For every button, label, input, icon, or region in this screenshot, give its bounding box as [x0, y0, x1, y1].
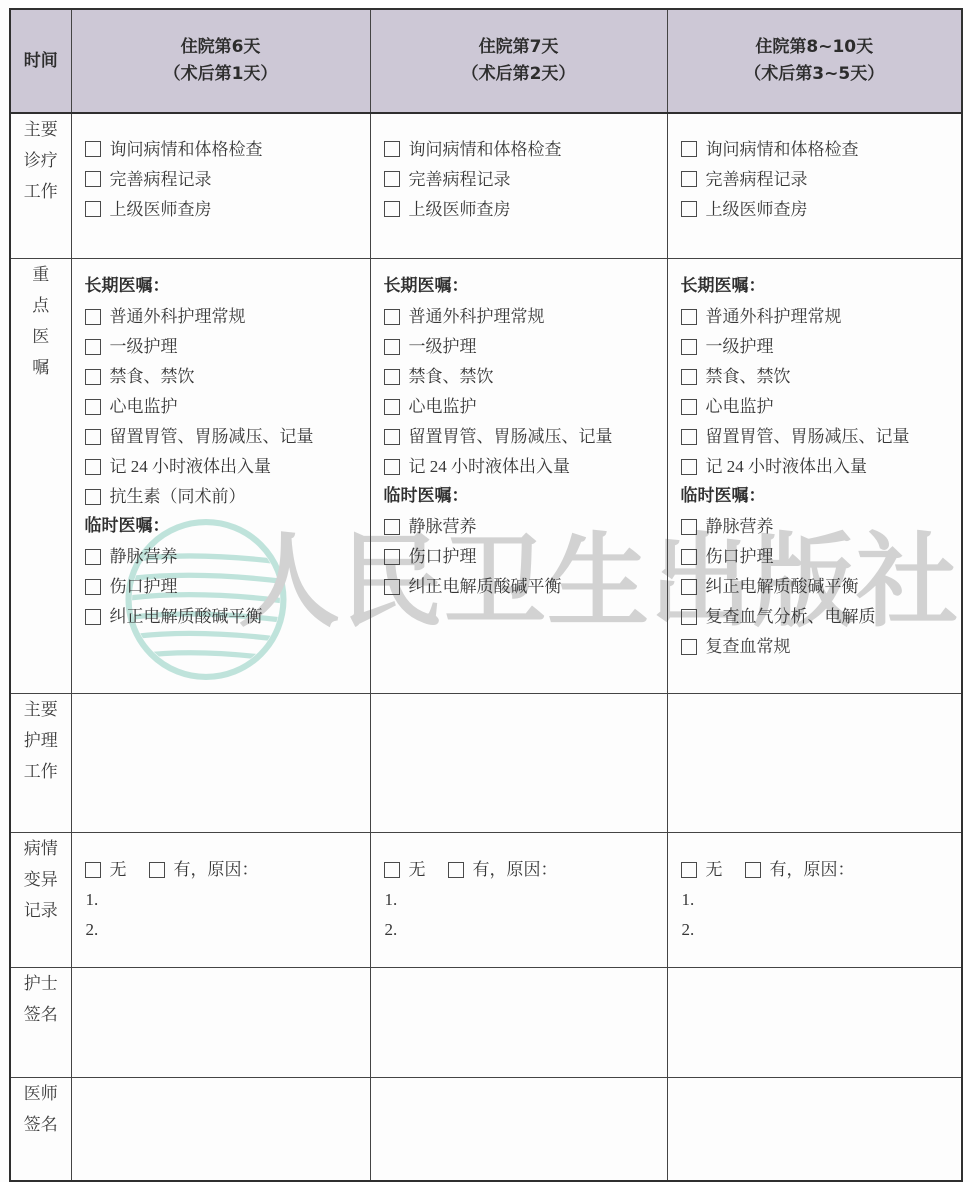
checklist-item-label: 上级医师查房 — [110, 199, 212, 220]
order-section-heading: 临时医嘱： — [85, 512, 360, 542]
checkbox-icon — [681, 862, 697, 878]
doctor-signature-day-col2-cell — [370, 1077, 667, 1181]
row-label-key-orders: 重点医嘱 — [10, 258, 71, 693]
checkbox-icon — [85, 609, 101, 625]
row-label-line: 主要 — [15, 694, 67, 725]
checkbox-icon — [681, 339, 697, 355]
header-day8-10-line1: 住院第8~10天 — [669, 34, 961, 61]
checklist-item: 心电监护 — [85, 392, 360, 422]
key-orders-day-col2-cell: 长期医嘱：普通外科护理常规一级护理禁食、禁饮心电监护留置胃管、胃肠减压、记量记 … — [370, 258, 667, 693]
checklist-item-label: 留置胃管、胃肠减压、记量 — [409, 426, 613, 447]
checkbox-icon — [85, 579, 101, 595]
nurse-signature-day-col1-cell — [71, 967, 370, 1077]
checkbox-icon — [384, 171, 400, 187]
order-section-heading: 长期医嘱： — [85, 272, 360, 302]
header-day6-line1: 住院第6天 — [73, 34, 369, 61]
checklist-item: 完善病程记录 — [384, 164, 657, 194]
checklist-item: 禁食、禁饮 — [85, 362, 360, 392]
checklist-item-label: 完善病程记录 — [706, 169, 808, 190]
checklist-item: 伤口护理 — [85, 572, 360, 602]
row-label-line: 医师 — [15, 1078, 67, 1109]
doctor-signature-day-col3-cell — [667, 1077, 962, 1181]
nursing-work-day-col3-cell — [667, 693, 962, 832]
checklist-item-label: 禁食、禁饮 — [110, 366, 195, 387]
table-header-row: 时间 住院第6天 （术后第1天） 住院第7天 （术后第2天） 住院第8~10天 … — [10, 9, 962, 113]
checklist-item: 普通外科护理常规 — [85, 302, 360, 332]
checkbox-icon — [681, 171, 697, 187]
checklist-item: 询问病情和体格检查 — [85, 134, 360, 164]
checkbox-icon — [85, 489, 101, 505]
row-label-line: 重 — [15, 259, 67, 290]
variation-record-day-col3-cell: 无有，原因：1.2. — [667, 832, 962, 967]
checklist-item: 询问病情和体格检查 — [384, 134, 657, 164]
checkbox-icon — [85, 309, 101, 325]
table-row-nursing-work: 主要护理工作 — [10, 693, 962, 832]
checkbox-icon — [85, 339, 101, 355]
header-day7-cell: 住院第7天 （术后第2天） — [370, 9, 667, 113]
checklist-item: 上级医师查房 — [384, 194, 657, 224]
nurse-signature-day-col3-cell — [667, 967, 962, 1077]
checklist-item: 伤口护理 — [384, 542, 657, 572]
checklist-item: 伤口护理 — [681, 542, 952, 572]
checkbox-icon — [85, 201, 101, 217]
table-row-variation-record: 病情变异记录无有，原因：1.2.无有，原因：1.2.无有，原因：1.2. — [10, 832, 962, 967]
checklist-item-label: 静脉营养 — [706, 516, 774, 537]
checklist-item: 一级护理 — [384, 332, 657, 362]
key-orders-day-col1-cell: 长期医嘱：普通外科护理常规一级护理禁食、禁饮心电监护留置胃管、胃肠减压、记量记 … — [71, 258, 370, 693]
checklist-item-label: 心电监护 — [409, 396, 477, 417]
header-day8-10-cell: 住院第8~10天 （术后第3~5天） — [667, 9, 962, 113]
checklist-item-label: 禁食、禁饮 — [409, 366, 494, 387]
row-label-nursing-work: 主要护理工作 — [10, 693, 71, 832]
checklist-item-label: 一级护理 — [409, 336, 477, 357]
checklist-item: 普通外科护理常规 — [384, 302, 657, 332]
pathway-rows: 主要诊疗工作询问病情和体格检查完善病程记录上级医师查房询问病情和体格检查完善病程… — [10, 113, 962, 1181]
checkbox-icon — [681, 201, 697, 217]
variation-none-label: 无 — [409, 859, 426, 880]
checkbox-icon — [681, 519, 697, 535]
checklist-item-label: 询问病情和体格检查 — [110, 139, 263, 160]
checklist-item: 上级医师查房 — [681, 194, 952, 224]
numbered-blank-line: 2. — [85, 915, 360, 945]
doctor-signature-day-col1-cell — [71, 1077, 370, 1181]
table-row-doctor-signature: 医师签名 — [10, 1077, 962, 1181]
checklist-item: 纠正电解质酸碱平衡 — [384, 572, 657, 602]
row-label-nurse-signature: 护士签名 — [10, 967, 71, 1077]
checkbox-icon — [85, 171, 101, 187]
checkbox-icon — [681, 609, 697, 625]
diagnosis-work-day-col2-cell: 询问病情和体格检查完善病程记录上级医师查房 — [370, 113, 667, 258]
variation-record-day-col2-cell: 无有，原因：1.2. — [370, 832, 667, 967]
checklist-item-label: 记 24 小时液体出入量 — [409, 456, 571, 477]
checkbox-icon — [384, 339, 400, 355]
checklist-item: 心电监护 — [384, 392, 657, 422]
checkbox-icon — [384, 141, 400, 157]
checklist-item: 普通外科护理常规 — [681, 302, 952, 332]
checklist-item-label: 禁食、禁饮 — [706, 366, 791, 387]
checklist-item-label: 询问病情和体格检查 — [409, 139, 562, 160]
checkbox-icon — [681, 549, 697, 565]
row-label-line: 点 — [15, 290, 67, 321]
row-label-line: 记录 — [15, 895, 67, 926]
numbered-blank-line: 2. — [681, 915, 952, 945]
checklist-item-label: 普通外科护理常规 — [706, 306, 842, 327]
row-label-variation-record: 病情变异记录 — [10, 832, 71, 967]
checkbox-icon — [681, 141, 697, 157]
variation-yes-label: 有，原因： — [770, 859, 855, 880]
checkbox-icon — [85, 862, 101, 878]
checklist-item-label: 纠正电解质酸碱平衡 — [409, 576, 562, 597]
checklist-item-label: 心电监护 — [110, 396, 178, 417]
checkbox-icon — [384, 369, 400, 385]
checkbox-icon — [85, 429, 101, 445]
checklist-item: 记 24 小时液体出入量 — [384, 452, 657, 482]
checkbox-icon — [384, 549, 400, 565]
checklist-item-label: 上级医师查房 — [409, 199, 511, 220]
nursing-work-day-col2-cell — [370, 693, 667, 832]
checklist-item: 纠正电解质酸碱平衡 — [85, 602, 360, 632]
header-day6-line2: （术后第1天） — [73, 61, 369, 88]
checkbox-icon — [384, 862, 400, 878]
checkbox-icon — [85, 141, 101, 157]
checklist-item-label: 静脉营养 — [409, 516, 477, 537]
checkbox-icon — [681, 399, 697, 415]
row-label-diagnosis-work: 主要诊疗工作 — [10, 113, 71, 258]
checkbox-icon — [85, 549, 101, 565]
checkbox-icon — [681, 369, 697, 385]
checklist-item-label: 一级护理 — [706, 336, 774, 357]
checklist-item: 心电监护 — [681, 392, 952, 422]
order-section-heading: 临时医嘱： — [681, 482, 952, 512]
checklist-item-label: 伤口护理 — [110, 576, 178, 597]
checklist-item-label: 静脉营养 — [110, 546, 178, 567]
clinical-pathway-table: 时间 住院第6天 （术后第1天） 住院第7天 （术后第2天） 住院第8~10天 … — [9, 8, 963, 1182]
checkbox-icon — [384, 429, 400, 445]
checklist-item: 询问病情和体格检查 — [681, 134, 952, 164]
checklist-item-label: 留置胃管、胃肠减压、记量 — [110, 426, 314, 447]
document-page: 人民卫生出版社 时间 住院第6天 （术后第1天） 住院第7天 （术后第2天） — [0, 0, 970, 1182]
numbered-blank-line: 2. — [384, 915, 657, 945]
checklist-item: 禁食、禁饮 — [384, 362, 657, 392]
checklist-item-label: 留置胃管、胃肠减压、记量 — [706, 426, 910, 447]
nurse-signature-day-col2-cell — [370, 967, 667, 1077]
numbered-blank-line: 1. — [681, 885, 952, 915]
checklist-item: 记 24 小时液体出入量 — [85, 452, 360, 482]
table-row-nurse-signature: 护士签名 — [10, 967, 962, 1077]
diagnosis-work-day-col3-cell: 询问病情和体格检查完善病程记录上级医师查房 — [667, 113, 962, 258]
numbered-blank-line: 1. — [384, 885, 657, 915]
table-row-key-orders: 重点医嘱长期医嘱：普通外科护理常规一级护理禁食、禁饮心电监护留置胃管、胃肠减压、… — [10, 258, 962, 693]
checklist-item-label: 询问病情和体格检查 — [706, 139, 859, 160]
diagnosis-work-day-col1-cell: 询问病情和体格检查完善病程记录上级医师查房 — [71, 113, 370, 258]
row-label-line: 工作 — [15, 756, 67, 787]
row-label-line: 嘱 — [15, 352, 67, 383]
checklist-item-label: 完善病程记录 — [110, 169, 212, 190]
checkbox-icon — [681, 639, 697, 655]
variation-choice-line: 无有，原因： — [85, 855, 360, 885]
row-label-line: 签名 — [15, 999, 67, 1030]
row-label-line: 诊疗 — [15, 145, 67, 176]
checkbox-icon — [384, 519, 400, 535]
row-label-line: 签名 — [15, 1109, 67, 1140]
header-time-cell: 时间 — [10, 9, 71, 113]
variation-choice-line: 无有，原因： — [384, 855, 657, 885]
variation-choice-line: 无有，原因： — [681, 855, 952, 885]
checklist-item: 留置胃管、胃肠减压、记量 — [85, 422, 360, 452]
checklist-item: 一级护理 — [681, 332, 952, 362]
checkbox-icon — [745, 862, 761, 878]
row-label-line: 医 — [15, 321, 67, 352]
checklist-item-label: 心电监护 — [706, 396, 774, 417]
checklist-item: 完善病程记录 — [85, 164, 360, 194]
key-orders-day-col3-cell: 长期医嘱：普通外科护理常规一级护理禁食、禁饮心电监护留置胃管、胃肠减压、记量记 … — [667, 258, 962, 693]
checkbox-icon — [681, 579, 697, 595]
checklist-item-label: 记 24 小时液体出入量 — [706, 456, 868, 477]
row-label-line: 护士 — [15, 968, 67, 999]
checkbox-icon — [681, 429, 697, 445]
row-label-line: 变异 — [15, 864, 67, 895]
header-day7-line1: 住院第7天 — [372, 34, 666, 61]
checklist-item: 留置胃管、胃肠减压、记量 — [681, 422, 952, 452]
row-label-line: 病情 — [15, 833, 67, 864]
checklist-item: 静脉营养 — [681, 512, 952, 542]
checkbox-icon — [384, 201, 400, 217]
checkbox-icon — [85, 459, 101, 475]
row-label-line: 工作 — [15, 176, 67, 207]
checklist-item: 一级护理 — [85, 332, 360, 362]
nursing-work-day-col1-cell — [71, 693, 370, 832]
checklist-item: 复查血常规 — [681, 632, 952, 662]
checklist-item-label: 纠正电解质酸碱平衡 — [706, 576, 859, 597]
checkbox-icon — [85, 369, 101, 385]
order-section-heading: 长期医嘱： — [681, 272, 952, 302]
checklist-item: 留置胃管、胃肠减压、记量 — [384, 422, 657, 452]
checklist-item: 上级医师查房 — [85, 194, 360, 224]
order-section-heading: 临时医嘱： — [384, 482, 657, 512]
checklist-item: 禁食、禁饮 — [681, 362, 952, 392]
order-section-heading: 长期医嘱： — [384, 272, 657, 302]
checklist-item-label: 伤口护理 — [409, 546, 477, 567]
header-day7-line2: （术后第2天） — [372, 61, 666, 88]
checklist-item-label: 普通外科护理常规 — [409, 306, 545, 327]
checklist-item-label: 抗生素（同术前） — [110, 486, 246, 507]
checkbox-icon — [681, 459, 697, 475]
table-row-diagnosis-work: 主要诊疗工作询问病情和体格检查完善病程记录上级医师查房询问病情和体格检查完善病程… — [10, 113, 962, 258]
checklist-item: 静脉营养 — [384, 512, 657, 542]
checkbox-icon — [384, 399, 400, 415]
numbered-blank-line: 1. — [85, 885, 360, 915]
checkbox-icon — [149, 862, 165, 878]
header-day8-10-line2: （术后第3~5天） — [669, 61, 961, 88]
variation-record-day-col1-cell: 无有，原因：1.2. — [71, 832, 370, 967]
variation-none-label: 无 — [110, 859, 127, 880]
row-label-line: 护理 — [15, 725, 67, 756]
checklist-item-label: 上级医师查房 — [706, 199, 808, 220]
checklist-item-label: 复查血常规 — [706, 636, 791, 657]
header-time-label: 时间 — [12, 48, 70, 75]
checklist-item-label: 一级护理 — [110, 336, 178, 357]
checklist-item-label: 复查血气分析、电解质 — [706, 606, 876, 627]
checkbox-icon — [85, 399, 101, 415]
row-label-line: 主要 — [15, 114, 67, 145]
checklist-item-label: 完善病程记录 — [409, 169, 511, 190]
checkbox-icon — [384, 309, 400, 325]
checklist-item: 记 24 小时液体出入量 — [681, 452, 952, 482]
checklist-item-label: 记 24 小时液体出入量 — [110, 456, 272, 477]
checkbox-icon — [681, 309, 697, 325]
checklist-item-label: 伤口护理 — [706, 546, 774, 567]
checklist-item: 静脉营养 — [85, 542, 360, 572]
variation-yes-label: 有，原因： — [174, 859, 259, 880]
variation-yes-label: 有，原因： — [473, 859, 558, 880]
checklist-item-label: 普通外科护理常规 — [110, 306, 246, 327]
checklist-item: 抗生素（同术前） — [85, 482, 360, 512]
header-day6-cell: 住院第6天 （术后第1天） — [71, 9, 370, 113]
checklist-item: 纠正电解质酸碱平衡 — [681, 572, 952, 602]
checklist-item: 复查血气分析、电解质 — [681, 602, 952, 632]
variation-none-label: 无 — [706, 859, 723, 880]
checklist-item-label: 纠正电解质酸碱平衡 — [110, 606, 263, 627]
checklist-item: 完善病程记录 — [681, 164, 952, 194]
checkbox-icon — [448, 862, 464, 878]
checkbox-icon — [384, 579, 400, 595]
row-label-doctor-signature: 医师签名 — [10, 1077, 71, 1181]
checkbox-icon — [384, 459, 400, 475]
